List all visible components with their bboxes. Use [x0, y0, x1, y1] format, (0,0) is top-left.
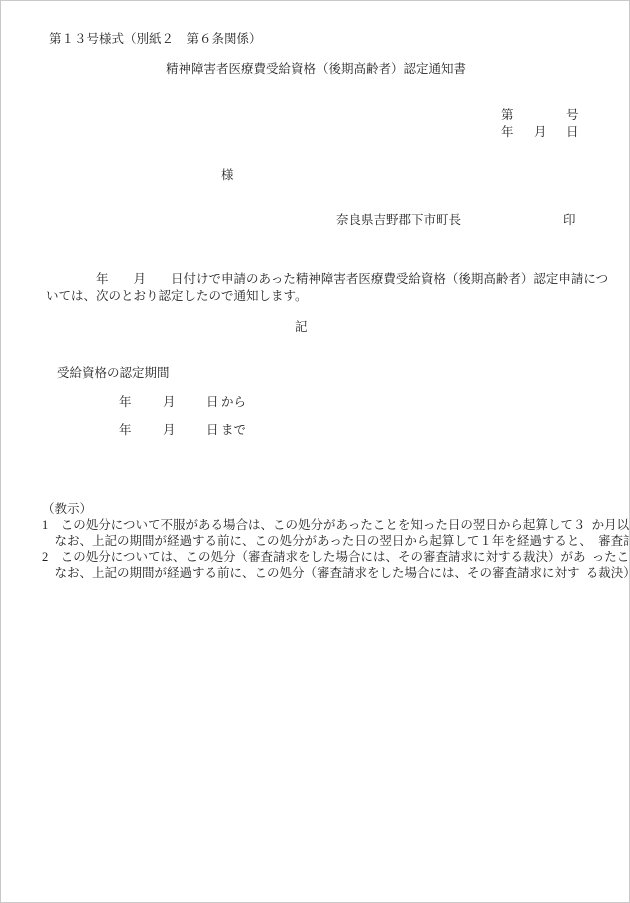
- period-from-month-label: 月: [163, 394, 176, 411]
- issue-date-year-label: 年: [501, 124, 514, 141]
- period-from-suffix: から: [221, 394, 246, 411]
- doc-number-prefix: 第: [501, 107, 514, 124]
- period-to-year-label: 年: [119, 422, 132, 439]
- doc-number-suffix: 号: [566, 107, 579, 124]
- seal-mark: 印: [563, 212, 576, 229]
- kyoji-body: 1 この処分について不服がある場合は、この処分があったことを知った日の翌日から起…: [42, 517, 630, 581]
- issue-date-month-label: 月: [534, 124, 547, 141]
- addressee-honorific: 様: [221, 167, 234, 184]
- intro-paragraph: 年 月 日付けで申請のあった精神障害者医療費受給資格（後期高齢者）認定申請につ …: [46, 271, 608, 305]
- period-to-suffix: まで: [221, 422, 246, 439]
- period-from-day-label: 日: [206, 394, 219, 411]
- notice-document-page: 第１３号様式（別紙２ 第６条関係） 精神障害者医療費受給資格（後期高齢者）認定通…: [0, 0, 630, 903]
- period-heading: 受給資格の認定期間: [57, 365, 170, 382]
- document-title: 精神障害者医療費受給資格（後期高齢者）認定通知書: [1, 61, 630, 78]
- ki-marker: 記: [295, 319, 308, 336]
- kyoji-heading: （教示）: [42, 501, 92, 517]
- period-to-day-label: 日: [206, 422, 219, 439]
- issuer-name: 奈良県吉野郡下市町長: [336, 212, 461, 229]
- form-number: 第１３号様式（別紙２ 第６条関係）: [49, 31, 262, 48]
- issue-date-day-label: 日: [566, 124, 579, 141]
- period-from-year-label: 年: [119, 394, 132, 411]
- period-to-month-label: 月: [163, 422, 176, 439]
